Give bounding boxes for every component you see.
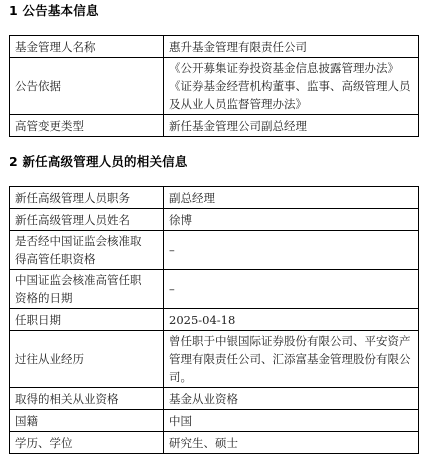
row-label: 过往从业经历 [10, 331, 164, 388]
row-label: 任职日期 [10, 309, 164, 331]
table-row: 学历、学位 研究生、硕士 [10, 432, 419, 454]
fund-manager-name: 惠升基金管理有限责任公司 [169, 40, 307, 54]
row-label: 高管变更类型 [10, 115, 164, 137]
table-row: 取得的相关从业资格 基金从业资格 [10, 388, 419, 410]
label-line: 资格的日期 [15, 289, 158, 307]
experience-value: 曾任职于中银国际证券股份有限公司、平安资产 管理有限责任公司、汇添富基金管理股份… [164, 331, 419, 388]
basis-line: 《证券基金经营机构董事、监事、高级管理人员 [169, 77, 413, 95]
table-row: 高管变更类型 新任基金管理公司副总经理 [10, 115, 419, 137]
table-row: 是否经中国证监会核准取 得高管任职资格 – [10, 231, 419, 270]
table-row: 任职日期 2025-04-18 [10, 309, 419, 331]
experience-line: 曾任职于中银国际证券股份有限公司、平安资产 [169, 332, 413, 350]
section-1-title: 1 公告基本信息 [9, 1, 99, 19]
label-line: 中国证监会核准高管任职 [15, 271, 158, 289]
change-type: 新任基金管理公司副总经理 [169, 119, 307, 133]
row-label: 新任高级管理人员职务 [10, 187, 164, 209]
table-row: 过往从业经历 曾任职于中银国际证券股份有限公司、平安资产 管理有限责任公司、汇添… [10, 331, 419, 388]
row-value: 新任基金管理公司副总经理 [164, 115, 419, 137]
approval-date-value: – [164, 270, 419, 309]
name-value: 徐博 [164, 209, 419, 231]
row-label: 是否经中国证监会核准取 得高管任职资格 [10, 231, 164, 270]
section-2-title: 2 新任高级管理人员的相关信息 [9, 152, 188, 170]
basis-line: 《公开募集证券投资基金信息披露管理办法》 [169, 59, 413, 77]
announcement-basic-info-table: 基金管理人名称 惠升基金管理有限责任公司 公告依据 《公开募集证券投资基金信息披… [9, 35, 419, 137]
row-label: 国籍 [10, 410, 164, 432]
nationality-value: 中国 [164, 410, 419, 432]
table-row: 基金管理人名称 惠升基金管理有限责任公司 [10, 36, 419, 58]
experience-line: 司。 [169, 368, 413, 386]
table-row: 新任高级管理人员姓名 徐博 [10, 209, 419, 231]
experience-line: 管理有限责任公司、汇添富基金管理股份有限公 [169, 350, 413, 368]
table-row: 中国证监会核准高管任职 资格的日期 – [10, 270, 419, 309]
table-row: 国籍 中国 [10, 410, 419, 432]
table-row: 新任高级管理人员职务 副总经理 [10, 187, 419, 209]
row-label: 取得的相关从业资格 [10, 388, 164, 410]
position-value: 副总经理 [164, 187, 419, 209]
row-value: 惠升基金管理有限责任公司 [164, 36, 419, 58]
row-value: 《公开募集证券投资基金信息披露管理办法》 《证券基金经营机构董事、监事、高级管理… [164, 58, 419, 115]
row-label: 公告依据 [10, 58, 164, 115]
label-line: 是否经中国证监会核准取 [15, 232, 158, 250]
approval-value: – [164, 231, 419, 270]
new-executive-info-table: 新任高级管理人员职务 副总经理 新任高级管理人员姓名 徐博 是否经中国证监会核准… [9, 186, 419, 454]
table-row: 公告依据 《公开募集证券投资基金信息披露管理办法》 《证券基金经营机构董事、监事… [10, 58, 419, 115]
basis-line: 及从业人员监督管理办法》 [169, 95, 413, 113]
start-date-value: 2025-04-18 [164, 309, 419, 331]
row-label: 学历、学位 [10, 432, 164, 454]
education-value: 研究生、硕士 [164, 432, 419, 454]
row-label: 基金管理人名称 [10, 36, 164, 58]
row-label: 新任高级管理人员姓名 [10, 209, 164, 231]
qualification-value: 基金从业资格 [164, 388, 419, 410]
row-label: 中国证监会核准高管任职 资格的日期 [10, 270, 164, 309]
label-line: 得高管任职资格 [15, 250, 158, 268]
